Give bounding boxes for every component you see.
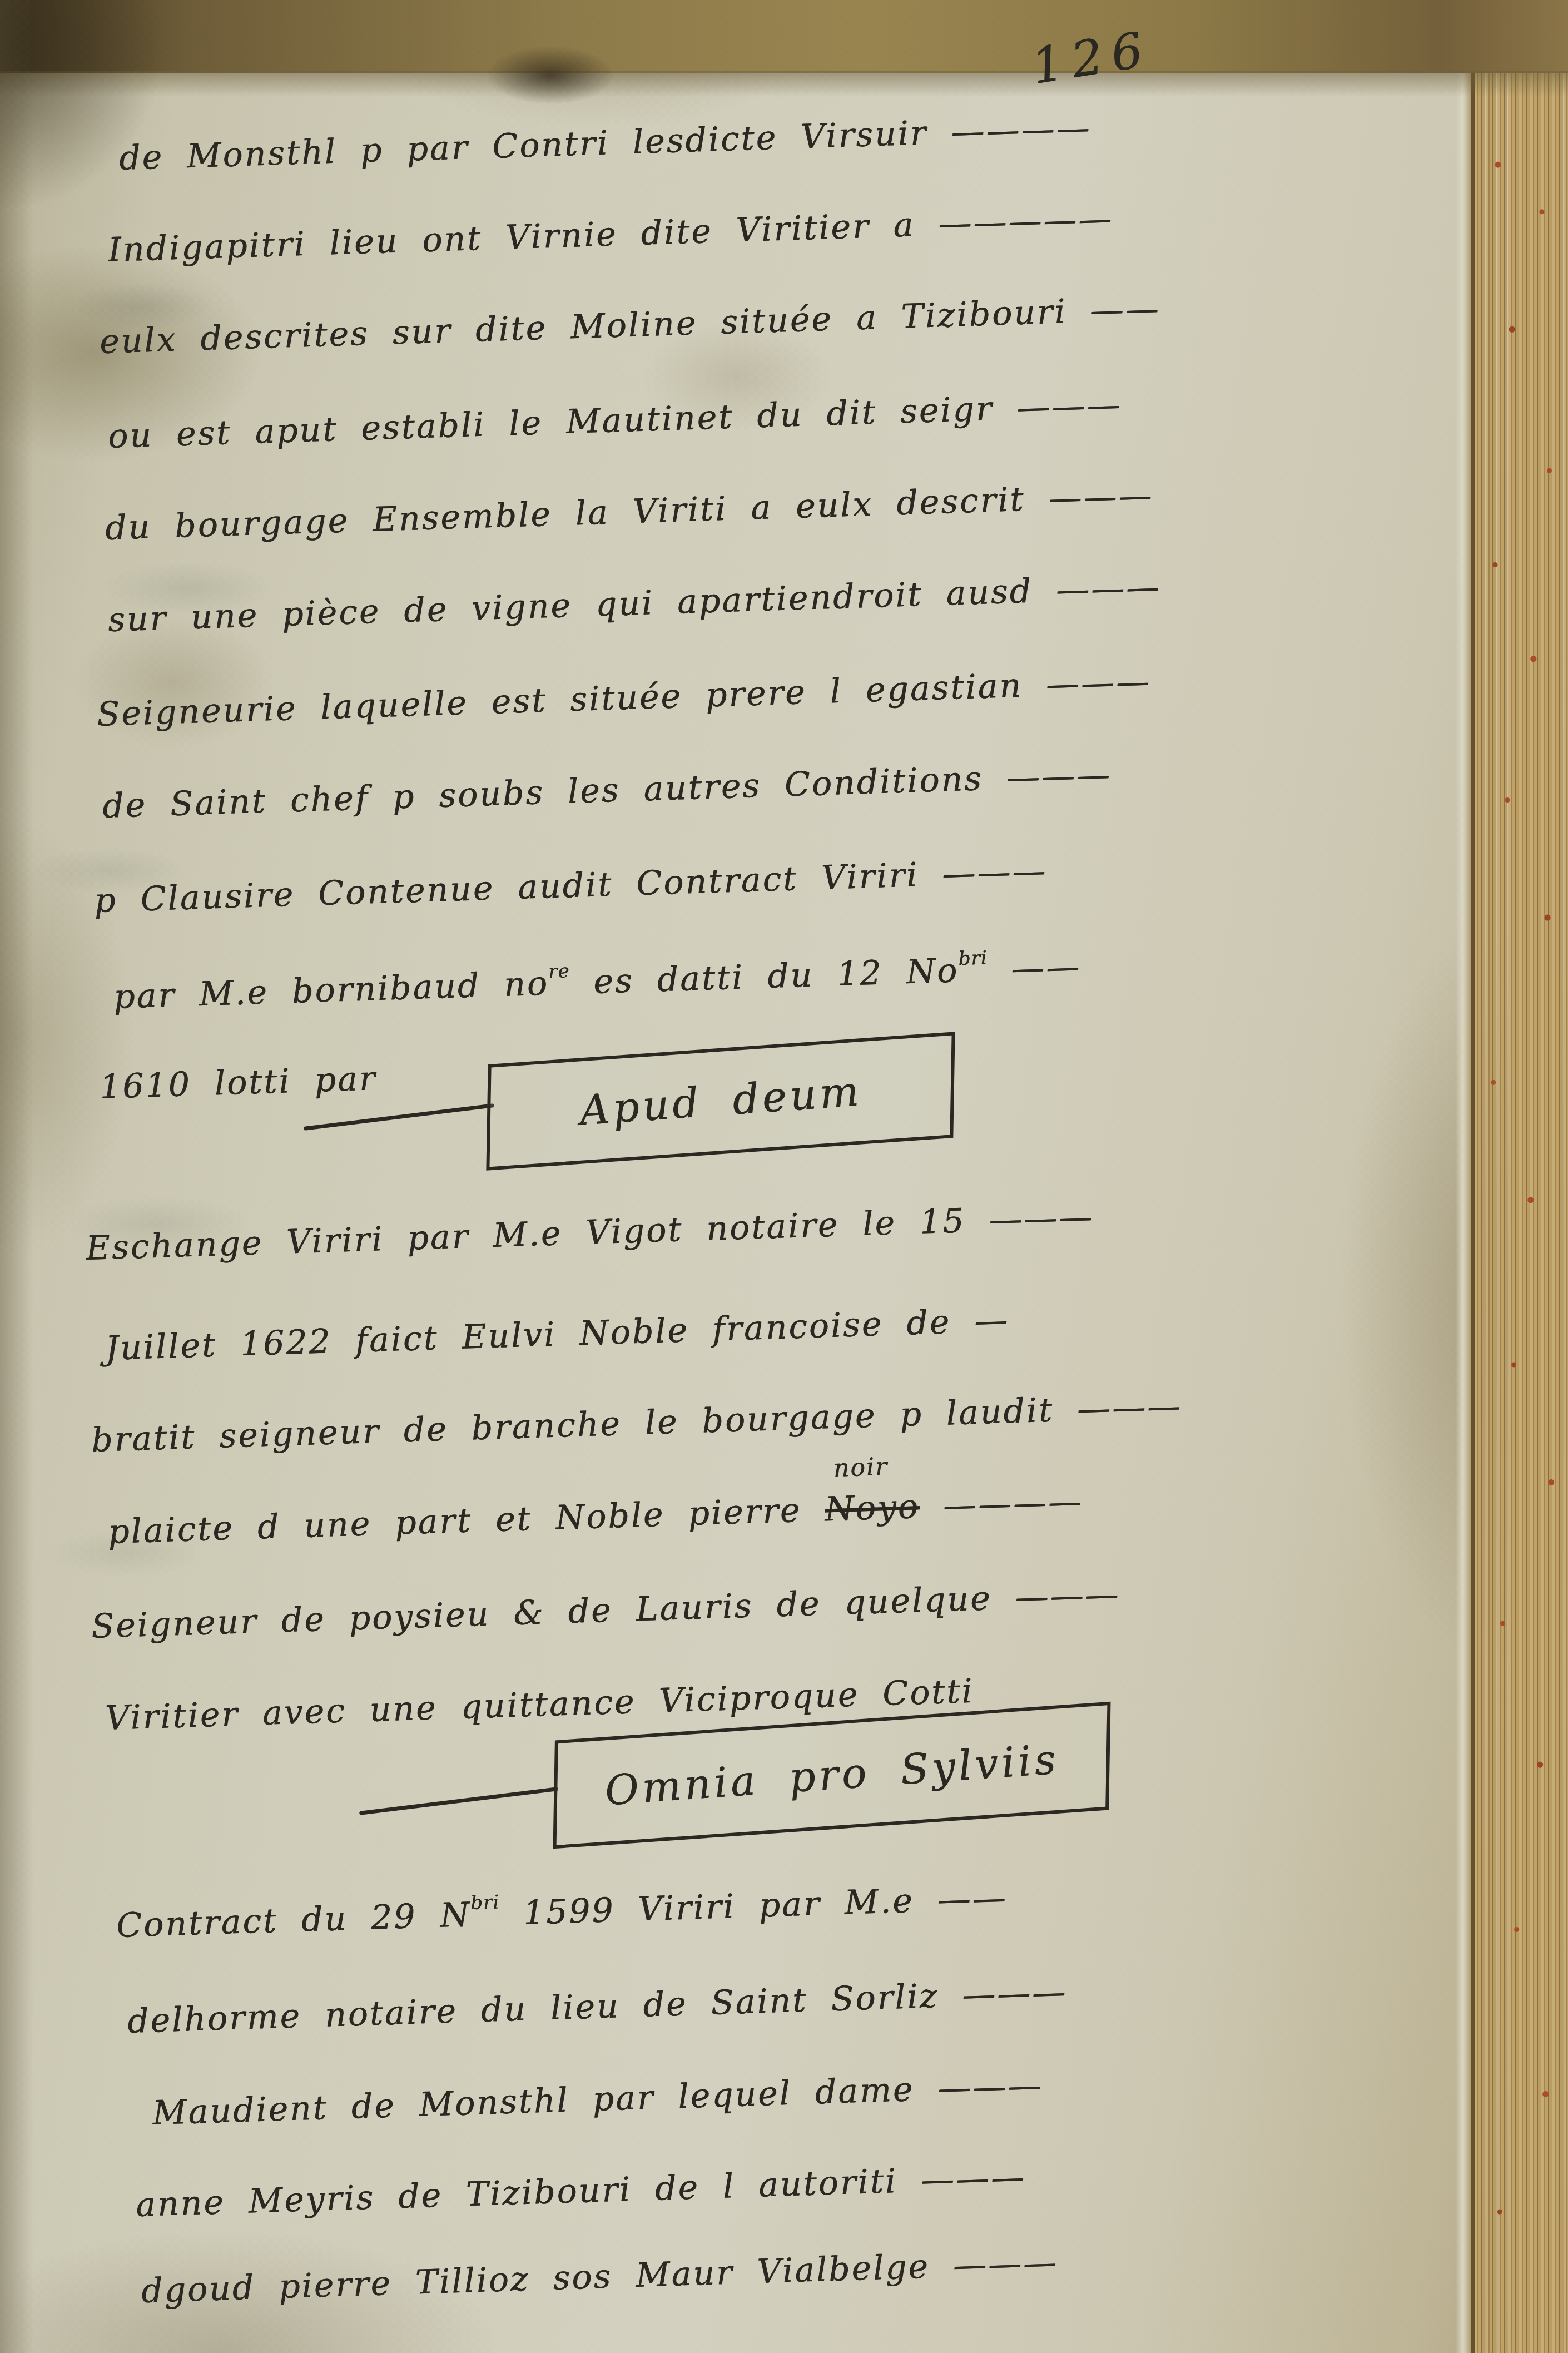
interlinear-correction: noir (833, 1455, 888, 1481)
manuscript-photo: 126 de Monsthl p par Contri lesdicte Vir… (0, 0, 1568, 2353)
line-part: —— (987, 947, 1081, 989)
gutter-left-shadow (0, 0, 33, 2353)
superscript-bri: bri (470, 1891, 500, 1914)
line-part: ———— (919, 1482, 1084, 1526)
text-line: 1610 lotti par (99, 1062, 377, 1104)
superscript-re: re (548, 960, 570, 983)
struck-word: Noyonoir (824, 1487, 920, 1529)
struck-word-text: Noyo (824, 1487, 920, 1529)
heading-label: Apud deum (578, 1067, 863, 1135)
superscript-bri: bri (958, 947, 988, 970)
heading-label: Omnia pro Sylviis (603, 1736, 1060, 1815)
